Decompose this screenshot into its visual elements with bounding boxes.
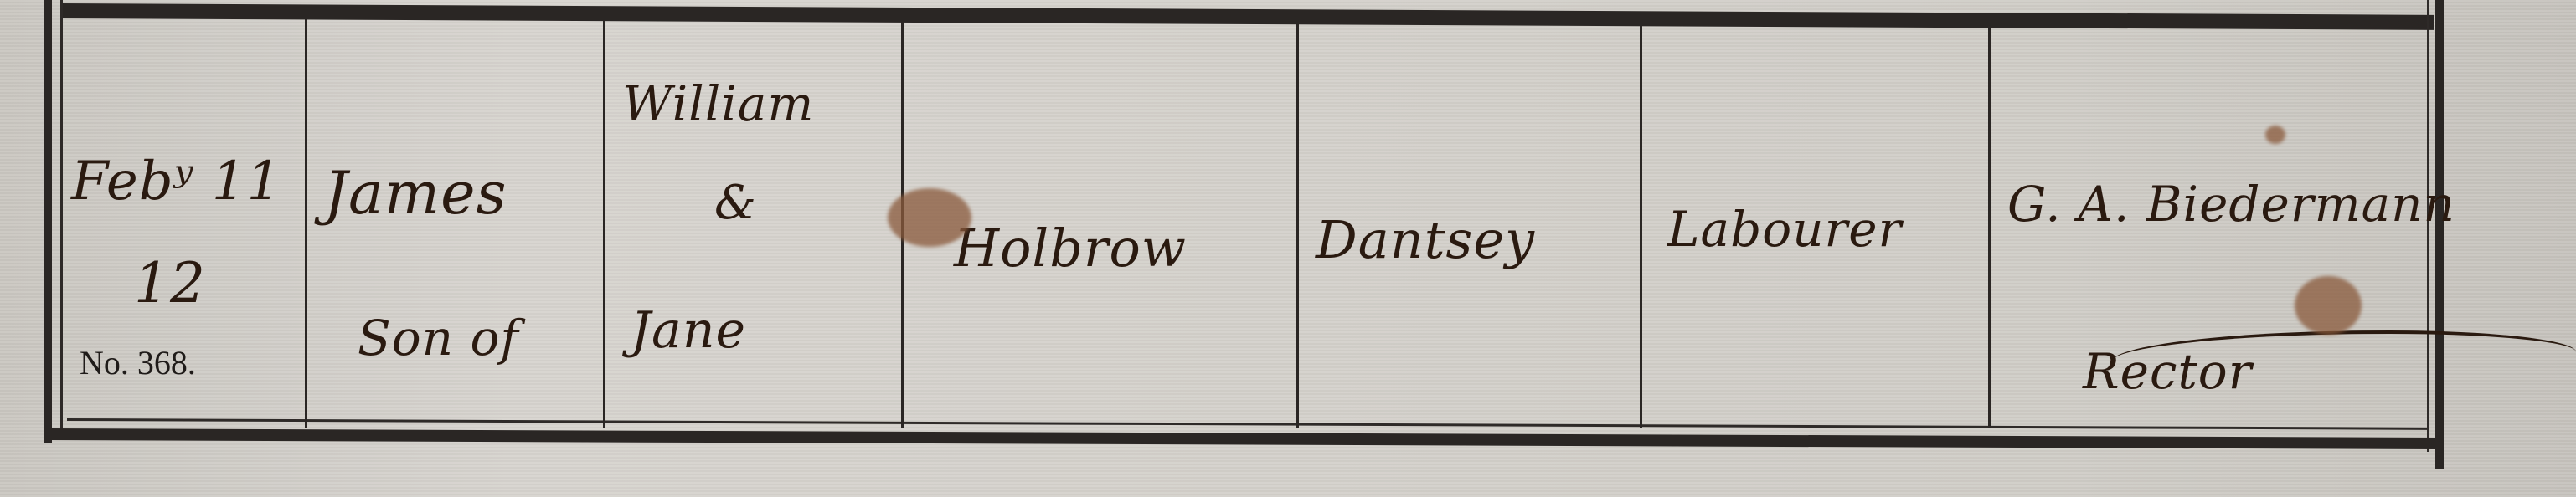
bottom-border-rule [50, 428, 2437, 449]
surname: Holbrow [954, 218, 1187, 279]
parents-cell: William & Jane [605, 25, 901, 418]
ink-speck [2265, 126, 2285, 144]
ink-stain [2295, 276, 2362, 335]
abode: Dantsey [1316, 209, 1535, 270]
child-first-name: James [324, 159, 507, 228]
bottom-inner-rule [67, 418, 2429, 430]
register-page: Febʸ 11 12 No. 368. James Son of William… [0, 0, 2576, 497]
left-border-rule [44, 0, 52, 443]
child-name-cell: James Son of [307, 25, 603, 418]
entry-number: No. 368. [80, 343, 196, 382]
occupation-cell: Labourer [1642, 25, 1988, 418]
date-day: 12 [134, 251, 206, 315]
abode-cell: Dantsey [1299, 25, 1640, 418]
occupation: Labourer [1667, 201, 1902, 258]
mother-name: Jane [631, 301, 746, 360]
officiant-name: G. A. Biedermann [2007, 176, 2455, 233]
relation-text: Son of [358, 310, 519, 366]
date-cell: Febʸ 11 12 No. 368. [63, 25, 305, 418]
father-name: William [622, 75, 814, 132]
ink-stain [888, 188, 971, 247]
date-month: Febʸ 11 [71, 151, 281, 213]
ampersand: & [714, 176, 757, 230]
